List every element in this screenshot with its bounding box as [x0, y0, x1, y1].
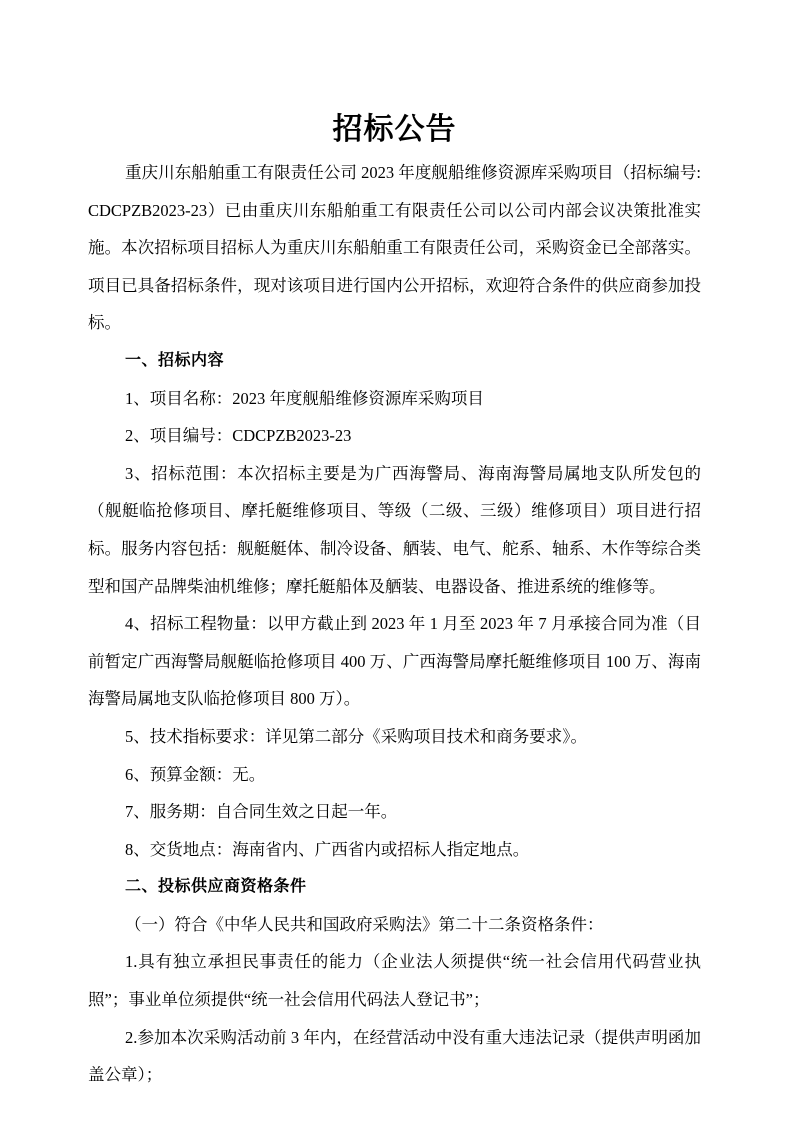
- item-technical-specs: 5、技术指标要求：详见第二部分《采购项目技术和商务要求》。: [88, 718, 701, 756]
- item-service-period: 7、服务期：自合同生效之日起一年。: [88, 793, 701, 831]
- page-title: 招标公告: [88, 0, 701, 152]
- document-page: 招标公告 重庆川东船舶重工有限责任公司 2023 年度舰船维修资源库采购项目（招…: [0, 0, 793, 1122]
- item-project-number: 2、项目编号：CDCPZB2023-23: [88, 417, 701, 455]
- item-delivery-location: 8、交货地点：海南省内、广西省内或招标人指定地点。: [88, 831, 701, 869]
- item-project-name: 1、项目名称：2023 年度舰船维修资源库采购项目: [88, 380, 701, 418]
- item-work-volume: 4、招标工程物量：以甲方截止到 2023 年 1 月至 2023 年 7 月承接…: [88, 605, 701, 718]
- section-1-heading: 一、招标内容: [88, 342, 701, 380]
- item-budget: 6、预算金额：无。: [88, 756, 701, 794]
- qualification-item-2: 2.参加本次采购活动前 3 年内，在经营活动中没有重大违法记录（提供声明函加盖公…: [88, 1019, 701, 1094]
- qualification-item-1: 1.具有独立承担民事责任的能力（企业法人须提供“统一社会信用代码营业执照”；事业…: [88, 943, 701, 1018]
- section-2-heading: 二、投标供应商资格条件: [88, 868, 701, 906]
- item-tender-scope: 3、招标范围：本次招标主要是为广西海警局、海南海警局属地支队所发包的（舰艇临抢修…: [88, 455, 701, 605]
- qualification-intro: （一）符合《中华人民共和国政府采购法》第二十二条资格条件：: [88, 906, 701, 944]
- intro-paragraph: 重庆川东船舶重工有限责任公司 2023 年度舰船维修资源库采购项目（招标编号:C…: [88, 154, 701, 342]
- document-body: 重庆川东船舶重工有限责任公司 2023 年度舰船维修资源库采购项目（招标编号:C…: [88, 152, 701, 1094]
